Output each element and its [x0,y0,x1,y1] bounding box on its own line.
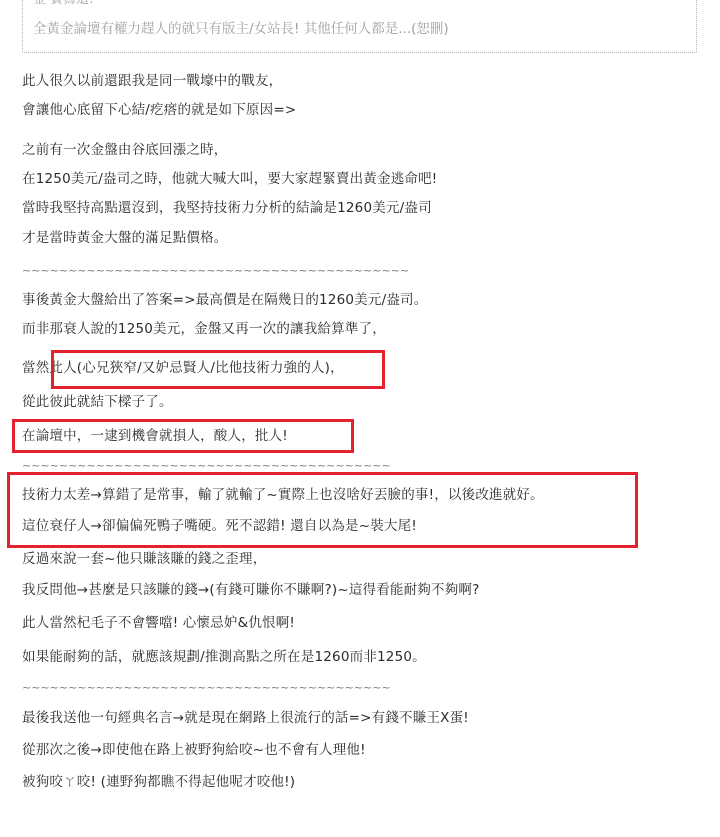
post-line: 最後我送他一句經典名言→就是現在網路上很流行的話=>有錢不賺王X蛋! [22,709,469,727]
post-line: 這位衰仔人→卻偏偏死鴨子嘴硬。死不認錯! 還自以為是~裝大尾! [22,517,417,535]
post-line: 在論壇中，一逮到機會就損人，酸人，批人! [22,427,288,445]
post-line: 在1250美元/盎司之時，他就大喊大叫，要大家趕緊賣出黃金逃命吧! [22,170,437,188]
quote-author-line: 金 寶寫道: [33,0,94,8]
post-line: 而非那衰人說的1250美元，金盤又再一次的讓我給算準了， [22,320,386,338]
post-line: 此人當然杞毛子不會響噹! 心懷忌妒&仇恨啊! [22,614,295,632]
quote-text: 全黃金論壇有權力趕人的就只有版主/女站長! 其他任何人都是...(恕刪) [33,20,449,38]
tilde-divider: ~~~~~~~~~~~~~~~~~~~~~~~~~~~~~~~~~~~~~~~~ [22,457,391,475]
post-line: 我反問他→甚麼是只該賺的錢→(有錢可賺你不賺啊?)~這得看能耐夠不夠啊? [22,581,480,599]
tilde-divider: ~~~~~~~~~~~~~~~~~~~~~~~~~~~~~~~~~~~~~~~~ [22,679,391,697]
highlight-technical-skill-paragraph [7,472,638,548]
post-line: 當然此人(心兄狹窄/又妒忌賢人/比他技術力強的人)， [22,359,344,377]
post-line: 此人很久以前還跟我是同一戰壕中的戰友， [22,72,282,90]
post-line: 當時我堅持高點還沒到，我堅持技術力分析的結論是1260美元/盎司 [22,199,432,217]
post-line: 反過來說一套~他只賺該賺的錢之歪理， [22,550,266,568]
quoted-reply-box: 金 寶寫道: 全黃金論壇有權力趕人的就只有版主/女站長! 其他任何人都是...(… [22,0,697,53]
tilde-divider: ~~~~~~~~~~~~~~~~~~~~~~~~~~~~~~~~~~~~~~~~… [22,262,409,280]
post-line: 事後黃金大盤給出了答案=>最高價是在隔幾日的1260美元/盎司。 [22,291,427,309]
post-line: 才是當時黃金大盤的滿足點價格。 [22,229,228,247]
post-line: 從此彼此就結下樑子了。 [22,393,173,411]
post-line: 技術力太差→算錯了是常事，輸了就輸了~實際上也沒啥好丟臉的事!，以後改進就好。 [22,486,544,504]
post-line: 會讓他心底留下心結/疙瘩的就是如下原因=> [22,101,296,119]
post-line: 之前有一次金盤由谷底回漲之時， [22,141,228,159]
post-line: 從那次之後→即使他在路上被野狗給咬~也不會有人理他! [22,741,366,759]
post-line: 如果能耐夠的話，就應該規劃/推測高點之所在是1260而非1250。 [22,648,426,666]
post-line: 被狗咬ㄚ咬! (連野狗都瞧不得起他呢才咬他!) [22,773,295,791]
